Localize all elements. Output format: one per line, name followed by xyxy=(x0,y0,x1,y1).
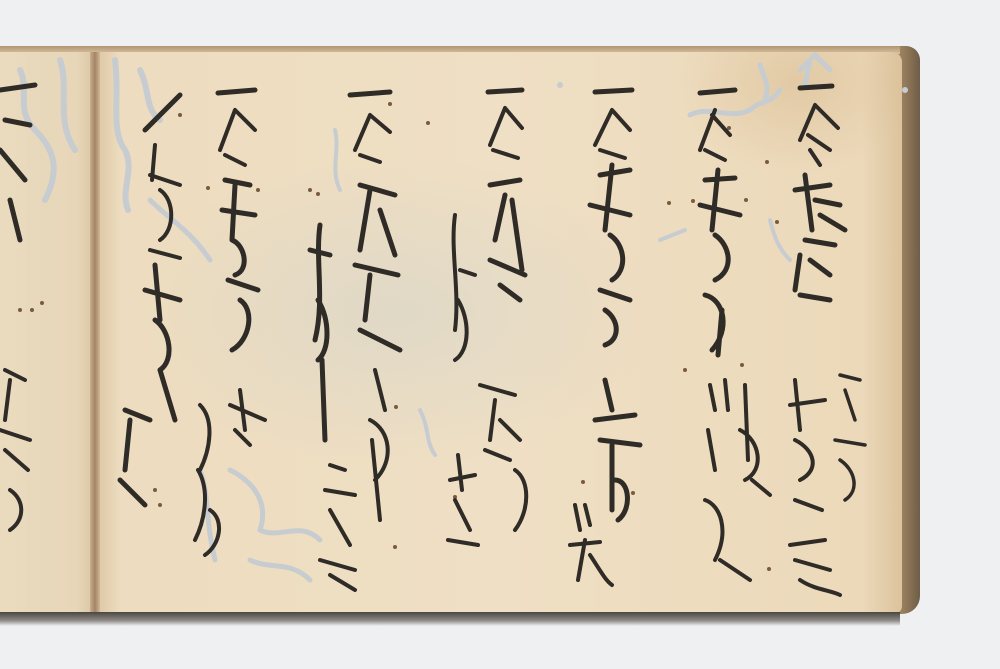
column-6-text: 一 金壱両弐歩 永さ かの xyxy=(215,95,252,595)
column-4-text: 一 金三両 中五十 嘉兵衛 中七郎 xyxy=(480,95,517,595)
marginal-note-text: 等ニ之 八ぐ余く三丸 xyxy=(830,370,904,600)
column-2-text: 一 金弐両弐歩 かさり山様 xyxy=(700,95,737,595)
column-7-text: 一 同拾両弐歩 太夫 xyxy=(140,95,177,595)
left-page-text: 金三両 xyxy=(5,360,42,560)
column-5-text: 一 金拾拾匁 中ゟ 山崎 平七様 xyxy=(350,95,387,595)
column-3-text: 一 金拾弐両弐歩 壱両 巳九 xyxy=(595,95,632,595)
manuscript-photo: 一 金拾八両 一 金弐両弐歩 かさり山様 一 金拾弐両弐歩 壱両 巳九 一 金三… xyxy=(0,0,1000,669)
